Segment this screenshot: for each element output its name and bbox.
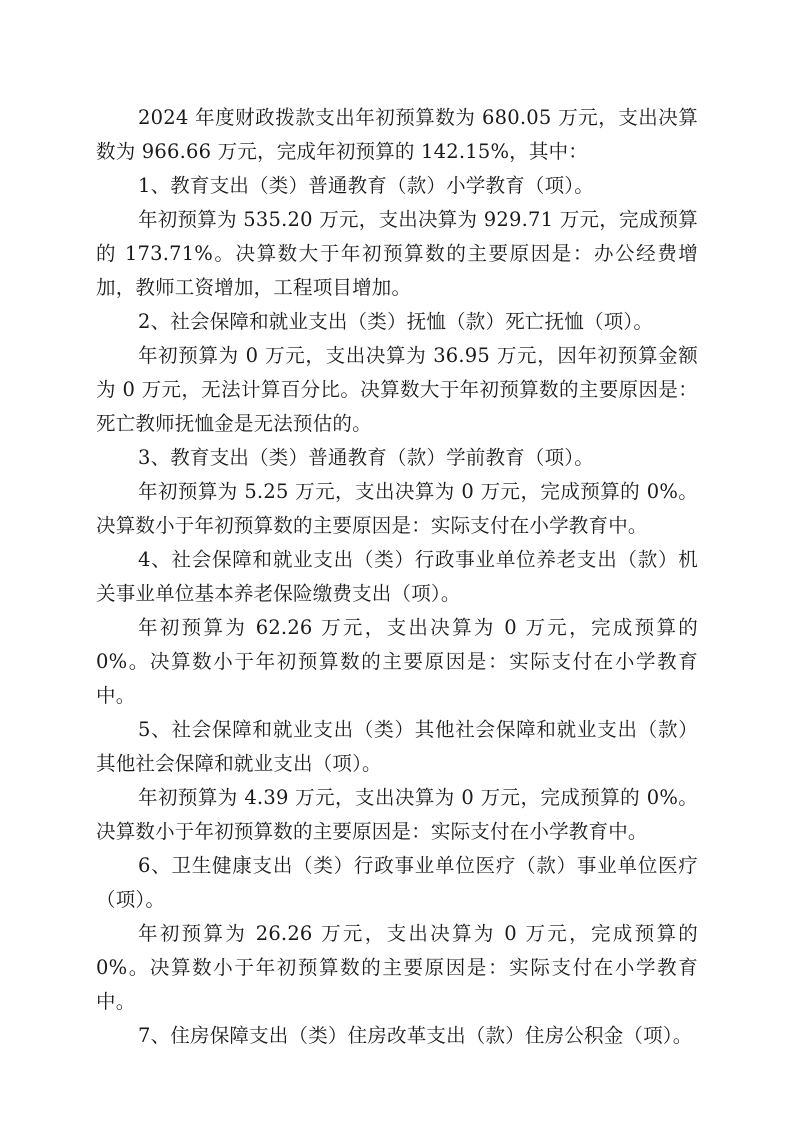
item-7-heading: 7、住房保障支出（类）住房改革支出（款）住房公积金（项）。	[96, 1019, 698, 1053]
item-4-heading: 4、社会保障和就业支出（类）行政事业单位养老支出（款）机关事业单位基本养老保险缴…	[96, 543, 698, 611]
item-3-detail: 年初预算为 5.25 万元，支出决算为 0 万元，完成预算的 0%。决算数小于年…	[96, 475, 698, 543]
item-6-heading: 6、卫生健康支出（类）行政事业单位医疗（款）事业单位医疗（项）。	[96, 849, 698, 917]
item-5-heading: 5、社会保障和就业支出（类）其他社会保障和就业支出（款）其他社会保障和就业支出（…	[96, 713, 698, 781]
item-5-detail: 年初预算为 4.39 万元，支出决算为 0 万元，完成预算的 0%。决算数小于年…	[96, 781, 698, 849]
item-2-detail: 年初预算为 0 万元，支出决算为 36.95 万元，因年初预算金额为 0 万元，…	[96, 339, 698, 441]
item-3-heading: 3、教育支出（类）普通教育（款）学前教育（项）。	[96, 441, 698, 475]
item-2-heading: 2、社会保障和就业支出（类）抚恤（款）死亡抚恤（项）。	[96, 305, 698, 339]
item-6-detail: 年初预算为 26.26 万元，支出决算为 0 万元，完成预算的 0%。决算数小于…	[96, 917, 698, 1019]
item-4-detail: 年初预算为 62.26 万元，支出决算为 0 万元，完成预算的 0%。决算数小于…	[96, 611, 698, 713]
summary-paragraph: 2024 年度财政拨款支出年初预算数为 680.05 万元，支出决算数为 966…	[96, 101, 698, 169]
item-1-heading: 1、教育支出（类）普通教育（款）小学教育（项）。	[96, 169, 698, 203]
document-page: 2024 年度财政拨款支出年初预算数为 680.05 万元，支出决算数为 966…	[96, 101, 698, 1053]
item-1-detail: 年初预算为 535.20 万元，支出决算为 929.71 万元，完成预算的 17…	[96, 203, 698, 305]
